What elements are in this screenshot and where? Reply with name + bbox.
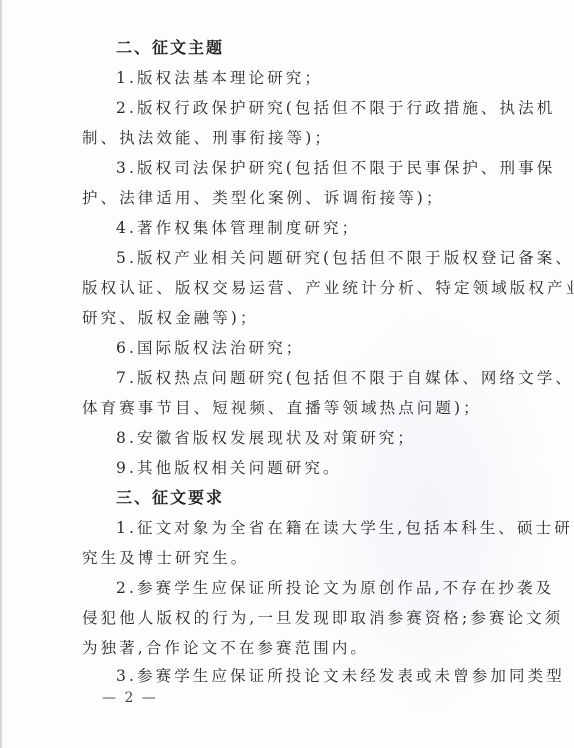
theme-item-5: 5.版权产业相关问题研究(包括但不限于版权登记备案、: [116, 248, 566, 268]
requirement-item-2-cont-2: 为独著,合作论文不在参赛范围内。: [82, 638, 532, 658]
theme-item-5-cont-2: 研究、版权金融等)；: [82, 308, 532, 328]
theme-item-7: 7.版权热点问题研究(包括但不限于自媒体、网络文学、: [116, 368, 566, 388]
requirement-item-1: 1.征文对象为全省在籍在读大学生,包括本科生、硕士研: [116, 518, 566, 538]
requirement-item-3: 3.参赛学生应保证所投论文未经发表或未曾参加同类型: [116, 666, 566, 686]
theme-item-3: 3.版权司法保护研究(包括但不限于民事保护、刑事保: [116, 158, 566, 178]
theme-item-1: 1.版权法基本理论研究；: [116, 68, 566, 88]
theme-item-4: 4.著作权集体管理制度研究；: [116, 218, 566, 238]
theme-item-8: 8.安徽省版权发展现状及对策研究；: [116, 428, 566, 448]
section-heading-requirements: 三、征文要求: [116, 488, 566, 508]
theme-item-7-cont: 体育赛事节目、短视频、直播等领域热点问题)；: [82, 398, 532, 418]
requirement-item-1-cont: 究生及博士研究生。: [82, 548, 532, 568]
theme-item-2-cont: 制、执法效能、刑事衔接等)；: [82, 128, 532, 148]
document-page: 二、征文主题 1.版权法基本理论研究； 2.版权行政保护研究(包括但不限于行政措…: [0, 0, 574, 748]
theme-item-5-cont-1: 版权认证、版权交易运营、产业统计分析、特定领域版权产业: [82, 278, 532, 298]
theme-item-9: 9.其他版权相关问题研究。: [116, 458, 566, 478]
theme-item-6: 6.国际版权法治研究；: [116, 338, 566, 358]
requirement-item-2-cont-1: 侵犯他人版权的行为,一旦发现即取消参赛资格;参赛论文须: [82, 608, 532, 628]
section-heading-themes: 二、征文主题: [116, 38, 566, 58]
theme-item-3-cont: 护、法律适用、类型化案例、诉调衔接等)；: [82, 188, 532, 208]
theme-item-2: 2.版权行政保护研究(包括但不限于行政措施、执法机: [116, 98, 566, 118]
page-number: — 2 —: [102, 690, 158, 706]
requirement-item-2: 2.参赛学生应保证所投论文为原创作品,不存在抄袭及: [116, 578, 566, 598]
